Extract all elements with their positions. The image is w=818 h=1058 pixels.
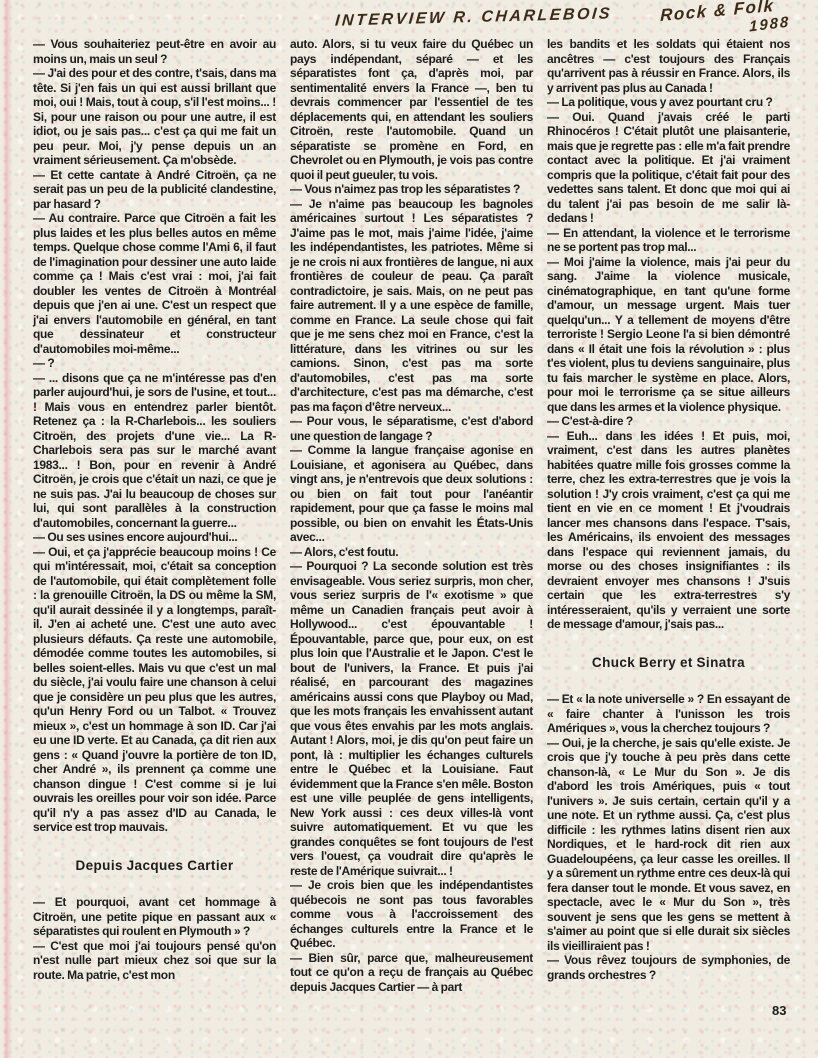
paragraph: auto. Alors, si tu veux faire du Québec …	[290, 37, 533, 182]
paragraph: les bandits et les soldats qui étaient n…	[547, 37, 790, 95]
paragraph: — Vous souhaiteriez peut-être en avoir a…	[33, 37, 276, 66]
paragraph: — Au contraire. Parce que Citroën a fait…	[33, 211, 276, 356]
paragraph: — Et pourquoi, avant cet hommage à Citro…	[33, 895, 276, 939]
paragraph: — Pour vous, le séparatisme, c'est d'abo…	[290, 414, 533, 443]
paragraph: — Alors, c'est foutu.	[290, 545, 533, 560]
paragraph: — Comme la langue française agonise en L…	[290, 443, 533, 545]
article-columns: — Vous souhaiteriez peut-être en avoir a…	[33, 37, 790, 994]
paragraph: — Vous rêvez toujours de symphonies, de …	[547, 953, 790, 982]
paragraph: — Pourquoi ? La seconde solution est trè…	[290, 559, 533, 878]
paragraph: — ... disons que ça ne m'intéresse pas d…	[33, 371, 276, 531]
paragraph: — Et « la note universelle » ? En essaya…	[547, 692, 790, 736]
paragraph: — Ou ses usines encore aujourd'hui...	[33, 530, 276, 545]
paragraph: — En attendant, la violence et le terror…	[547, 226, 790, 255]
paragraph: — Et cette cantate à André Citroën, ça n…	[33, 168, 276, 212]
handwritten-interview-note: INTERVIEW R. CHARLEBOIS	[334, 5, 612, 30]
scan-edge-tint	[3, 0, 12, 1058]
paragraph: — Oui, et ça j'apprécie beaucoup moins !…	[33, 545, 276, 835]
paragraph: — C'est-à-dire ?	[547, 414, 790, 429]
text-column-3: les bandits et les soldats qui étaient n…	[547, 37, 790, 994]
paragraph: — Oui, je la cherche, je sais qu'elle ex…	[547, 736, 790, 954]
paragraph: — Je crois bien que les indépendantistes…	[290, 878, 533, 951]
paragraph: — Bien sûr, parce que, malheureusement t…	[290, 951, 533, 995]
section-heading: Chuck Berry et Sinatra	[547, 656, 790, 671]
text-column-1: — Vous souhaiteriez peut-être en avoir a…	[33, 37, 276, 994]
section-heading: Depuis Jacques Cartier	[33, 859, 276, 874]
paragraph: — Oui. Quand j'avais créé le parti Rhino…	[547, 110, 790, 226]
paragraph: — Vous n'aimez pas trop les séparatistes…	[290, 182, 533, 197]
paragraph: — La politique, vous y avez pourtant cru…	[547, 95, 790, 110]
paragraph: — Euh... dans les idées ! Et puis, moi, …	[547, 429, 790, 632]
paragraph: — Je n'aime pas beaucoup les bagnoles am…	[290, 197, 533, 415]
handwritten-issue-number: 1988	[749, 13, 790, 35]
paragraph: — Moi j'aime la violence, mais j'ai peur…	[547, 255, 790, 415]
magazine-page: INTERVIEW R. CHARLEBOIS Rock & Folk 1988…	[0, 0, 818, 1058]
paragraph: — J'ai des pour et des contre, t'sais, d…	[33, 66, 276, 168]
page-number: 83	[772, 1003, 786, 1018]
text-column-2: auto. Alors, si tu veux faire du Québec …	[290, 37, 533, 994]
paragraph: — C'est que moi j'ai toujours pensé qu'o…	[33, 939, 276, 983]
paragraph: — ?	[33, 356, 276, 371]
